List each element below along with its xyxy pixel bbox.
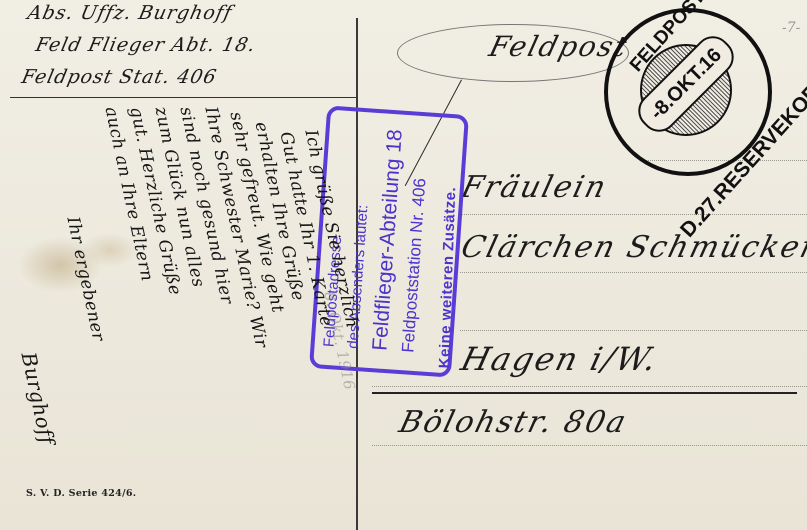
sender-line-2: Feld Flieger Abt. 18.	[34, 34, 258, 56]
sender-line-1: Abs. Uffz. Burghoff	[26, 2, 235, 24]
sender-divider	[10, 97, 356, 98]
cachet-line-4: Feldpoststation Nr. 406	[398, 178, 430, 354]
recipient-line-2: Clärchen Schmücker	[458, 230, 807, 265]
address-rule-4	[372, 386, 807, 387]
recipient-line-4: Bölohstr. 80a	[396, 405, 631, 440]
message-signature: Burghoff	[17, 350, 60, 447]
recipient-line-1: Fräulein	[458, 170, 611, 205]
address-rule-solid	[372, 392, 797, 394]
handwritten-message: Ich grüße Sie herzlich Gut hatte Ihr 1. …	[20, 100, 340, 500]
address-rule-3	[460, 330, 807, 331]
recipient-line-3: Hagen i/W.	[457, 340, 662, 378]
message-line: Ihr ergebener	[62, 215, 108, 343]
address-rule-1	[460, 214, 807, 215]
printer-mark: S. V. D. Serie 424/6.	[26, 488, 136, 499]
corner-mark: -7-	[782, 20, 800, 36]
sender-line-3: Feldpost Stat. 406	[20, 66, 219, 88]
address-rule-5	[372, 445, 807, 446]
feldpost-postmark: -8.OKT.16 FELDPOSTAMT·S D.27.RESERVEKORP	[604, 8, 772, 176]
address-rule-2	[460, 272, 807, 273]
postcard: Abs. Uffz. Burghoff Feld Flieger Abt. 18…	[0, 0, 807, 530]
